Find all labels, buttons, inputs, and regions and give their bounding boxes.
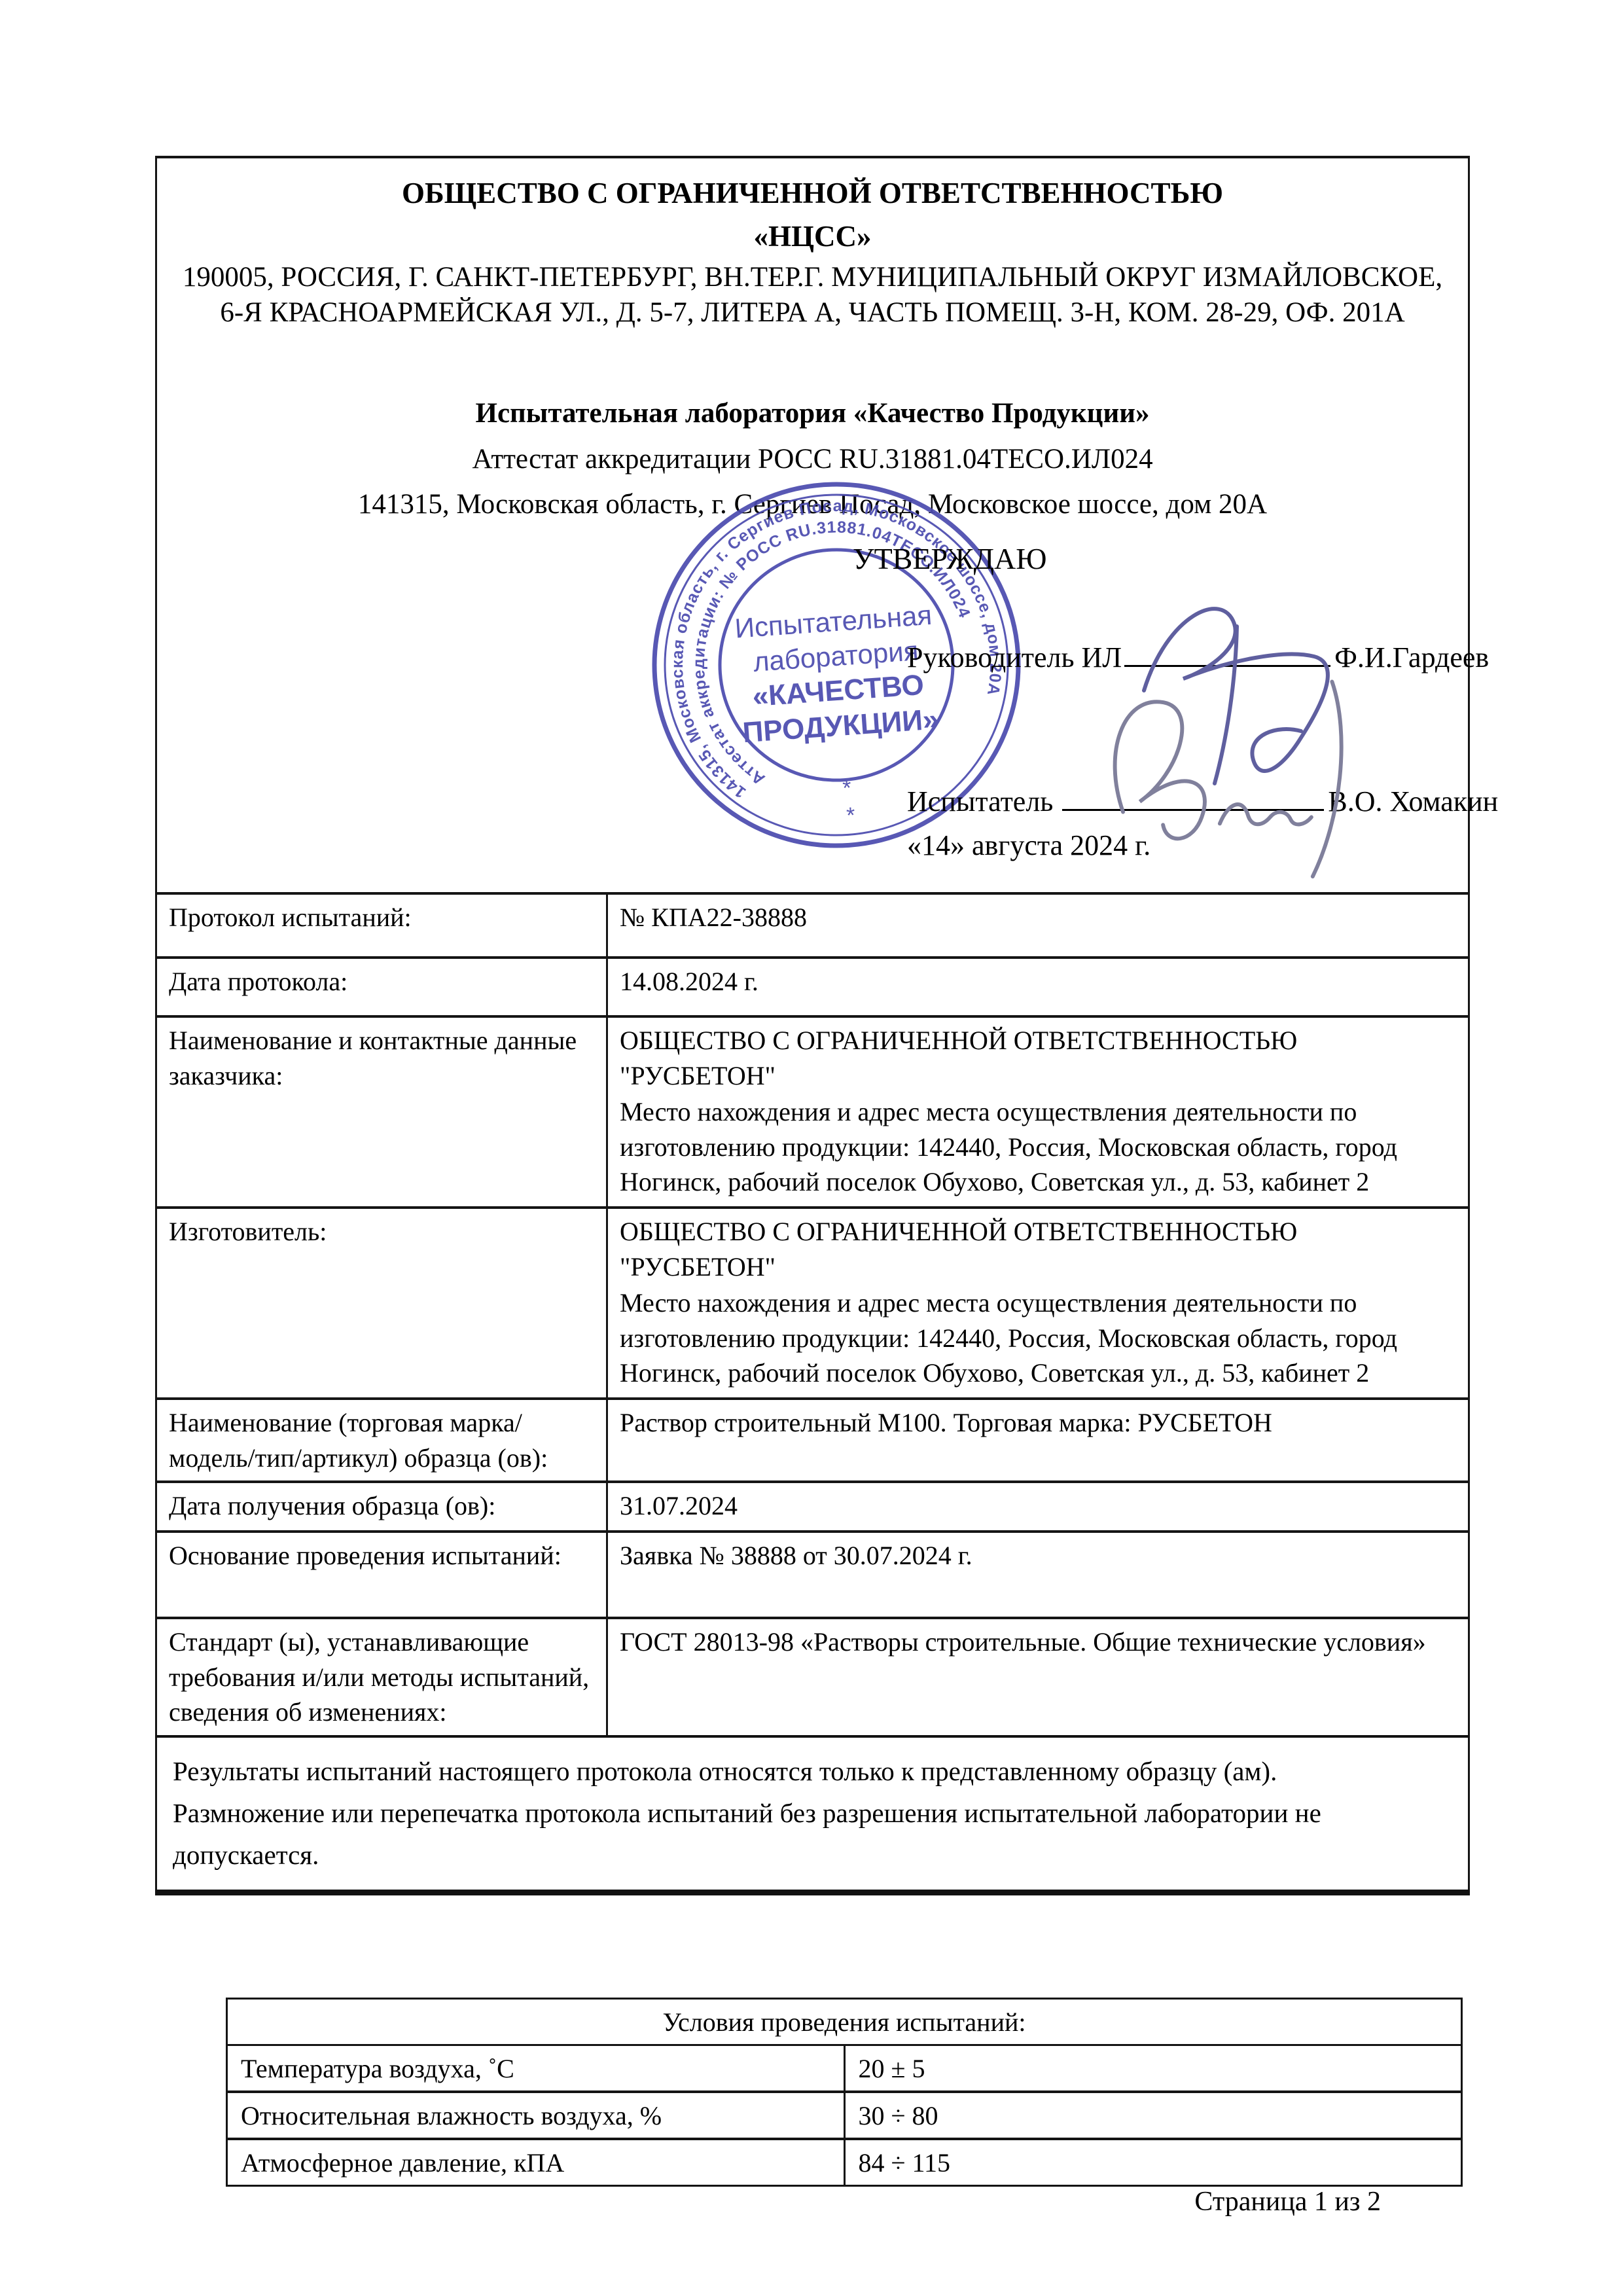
row-label: Протокол испытаний: — [156, 893, 607, 958]
row-label: Дата получения образца (ов): — [156, 1482, 607, 1532]
row-value-paragraph: Место нахождения и адрес места осуществл… — [620, 1285, 1456, 1391]
company-short-name: «НЦСС» — [169, 217, 1456, 256]
company-address-line1: 190005, РОССИЯ, Г. САНКТ-ПЕТЕРБУРГ, ВН.Т… — [169, 260, 1456, 295]
document-frame: ОБЩЕСТВО С ОГРАНИЧЕННОЙ ОТВЕТСТВЕННОСТЬЮ… — [155, 156, 1468, 1895]
company-address-line2: 6-Я КРАСНОАРМЕЙСКАЯ УЛ., Д. 5-7, ЛИТЕРА … — [169, 296, 1456, 330]
row-value: 14.08.2024 г. — [607, 958, 1469, 1016]
table-row: Стандарт (ы), устанавливающие требования… — [156, 1618, 1469, 1736]
row-value: № КПА22-38888 — [607, 893, 1469, 958]
row-label: Дата протокола: — [156, 958, 607, 1016]
table-row: Наименование и контактные данные заказчи… — [156, 1016, 1469, 1208]
row-value-paragraph: Место нахождения и адрес места осуществл… — [620, 1094, 1456, 1200]
table-row: Изготовитель:ОБЩЕСТВО С ОГРАНИЧЕННОЙ ОТВ… — [156, 1208, 1469, 1399]
row-value-paragraph: Раствор строительный М100. Торговая марк… — [620, 1405, 1456, 1441]
row-value: Раствор строительный М100. Торговая марк… — [607, 1399, 1469, 1482]
conditions-title: Условия проведения испытаний: — [227, 1999, 1462, 2045]
conditions-table: Условия проведения испытаний: Температур… — [226, 1998, 1463, 2187]
stamp-star-icon: * — [846, 803, 856, 829]
letterhead: ОБЩЕСТВО С ОГРАНИЧЕННОЙ ОТВЕТСТВЕННОСТЬЮ… — [169, 177, 1456, 524]
condition-label: Атмосферное давление, кПА — [227, 2139, 845, 2186]
document-page: ОБЩЕСТВО С ОГРАНИЧЕННОЙ ОТВЕТСТВЕННОСТЬЮ… — [0, 0, 1623, 2296]
protocol-table-body: Протокол испытаний:№ КПА22-38888Дата про… — [156, 893, 1469, 1736]
row-value-paragraph: Заявка № 38888 от 30.07.2024 г. — [620, 1538, 1456, 1573]
disclaimer-cell: Результаты испытаний настоящего протокол… — [156, 1736, 1469, 1892]
company-name: ОБЩЕСТВО С ОГРАНИЧЕННОЙ ОТВЕТСТВЕННОСТЬЮ — [169, 177, 1456, 211]
row-value-paragraph: ОБЩЕСТВО С ОГРАНИЧЕННОЙ ОТВЕТСТВЕННОСТЬЮ… — [620, 1023, 1456, 1093]
row-value-paragraph: № КПА22-38888 — [620, 900, 1456, 935]
stamp-star-icon: * — [842, 776, 852, 801]
protocol-table: ОБЩЕСТВО С ОГРАНИЧЕННОЙ ОТВЕТСТВЕННОСТЬЮ… — [155, 156, 1470, 1895]
condition-label: Температура воздуха, ˚С — [227, 2045, 845, 2092]
conditions-table-body: Температура воздуха, ˚С20 ± 5Относительн… — [227, 2045, 1462, 2186]
row-label: Стандарт (ы), устанавливающие требования… — [156, 1618, 607, 1736]
row-label: Наименование и контактные данные заказчи… — [156, 1016, 607, 1208]
row-value: ОБЩЕСТВО С ОГРАНИЧЕННОЙ ОТВЕТСТВЕННОСТЬЮ… — [607, 1016, 1469, 1208]
row-value: 31.07.2024 — [607, 1482, 1469, 1532]
condition-row: Относительная влажность воздуха, %30 ÷ 8… — [227, 2092, 1462, 2139]
condition-value: 30 ÷ 80 — [844, 2092, 1462, 2139]
tester-label: Испытатель — [907, 785, 1053, 817]
row-label: Наименование (торговая марка/модель/тип/… — [156, 1399, 607, 1482]
condition-row: Температура воздуха, ˚С20 ± 5 — [227, 2045, 1462, 2092]
tester-signature — [1080, 658, 1440, 884]
disclaimer-line: Размножение или перепечатка протокола ис… — [173, 1793, 1452, 1876]
row-value-paragraph: ГОСТ 28013-98 «Растворы строительные. Об… — [620, 1624, 1456, 1660]
table-row: Дата протокола:14.08.2024 г. — [156, 958, 1469, 1016]
condition-value: 84 ÷ 115 — [844, 2139, 1462, 2186]
letterhead-row: ОБЩЕСТВО С ОГРАНИЧЕННОЙ ОТВЕТСТВЕННОСТЬЮ… — [156, 157, 1469, 893]
table-row: Наименование (торговая марка/модель/тип/… — [156, 1399, 1469, 1482]
row-value-paragraph: 14.08.2024 г. — [620, 964, 1456, 999]
condition-value: 20 ± 5 — [844, 2045, 1462, 2092]
row-value: ОБЩЕСТВО С ОГРАНИЧЕННОЙ ОТВЕТСТВЕННОСТЬЮ… — [607, 1208, 1469, 1399]
lab-title: Испытательная лаборатория «Качество Прод… — [169, 395, 1456, 433]
conditions-header-row: Условия проведения испытаний: — [227, 1999, 1462, 2045]
page-number: Страница 1 из 2 — [1194, 2186, 1381, 2217]
table-row: Дата получения образца (ов):31.07.2024 — [156, 1482, 1469, 1532]
lab-attestation: Аттестат аккредитации РОСС RU.31881.04ТЕ… — [169, 440, 1456, 478]
disclaimer-row: Результаты испытаний настоящего протокол… — [156, 1736, 1469, 1892]
row-value: ГОСТ 28013-98 «Растворы строительные. Об… — [607, 1618, 1469, 1736]
row-value-paragraph: ОБЩЕСТВО С ОГРАНИЧЕННОЙ ОТВЕТСТВЕННОСТЬЮ… — [620, 1214, 1456, 1284]
disclaimer-line: Результаты испытаний настоящего протокол… — [173, 1751, 1452, 1793]
approve-heading: УТВЕРЖДАЮ — [853, 539, 1047, 579]
table-row: Основание проведения испытаний:Заявка № … — [156, 1532, 1469, 1618]
row-label: Изготовитель: — [156, 1208, 607, 1399]
row-value: Заявка № 38888 от 30.07.2024 г. — [607, 1532, 1469, 1618]
condition-label: Относительная влажность воздуха, % — [227, 2092, 845, 2139]
table-row: Протокол испытаний:№ КПА22-38888 — [156, 893, 1469, 958]
letterhead-cell: ОБЩЕСТВО С ОГРАНИЧЕННОЙ ОТВЕТСТВЕННОСТЬЮ… — [156, 157, 1469, 893]
row-label: Основание проведения испытаний: — [156, 1532, 607, 1618]
condition-row: Атмосферное давление, кПА84 ÷ 115 — [227, 2139, 1462, 2186]
row-value-paragraph: 31.07.2024 — [620, 1488, 1456, 1524]
